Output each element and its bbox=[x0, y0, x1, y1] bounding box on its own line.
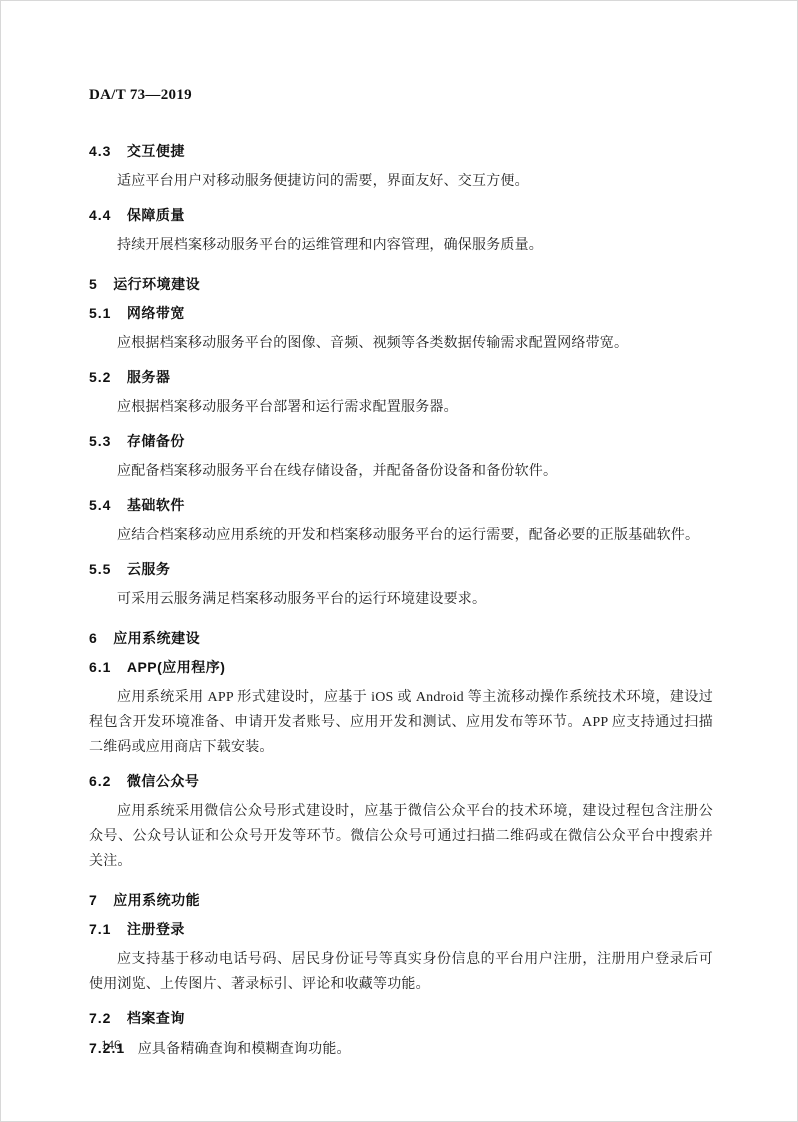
section-heading: 6.2微信公众号 bbox=[89, 773, 713, 789]
paragraph: 应支持基于移动电话号码、居民身份证号等真实身份信息的平台用户注册，注册用户登录后… bbox=[89, 947, 713, 997]
doc-header: DA/T 73—2019 bbox=[89, 87, 797, 103]
section-heading: 5.3存储备份 bbox=[89, 433, 713, 449]
section-title: 应用系统功能 bbox=[113, 892, 200, 908]
section-heading: 7.2档案查询 bbox=[89, 1010, 713, 1026]
section-title: 基础软件 bbox=[127, 497, 185, 513]
section-heading: 5.4基础软件 bbox=[89, 497, 713, 513]
paragraph: 应用系统采用 APP 形式建设时，应基于 iOS 或 Android 等主流移动… bbox=[89, 685, 713, 760]
document-content: 4.3交互便捷适应平台用户对移动服务便捷访问的需要，界面友好、交互方便。4.4保… bbox=[89, 143, 713, 1062]
paragraph: 可采用云服务满足档案移动服务平台的运行环境建设要求。 bbox=[89, 587, 713, 612]
section-number: 5.2 bbox=[89, 369, 111, 385]
section-heading: 5.1网络带宽 bbox=[89, 305, 713, 321]
section-number: 5.3 bbox=[89, 433, 111, 449]
section-title: 交互便捷 bbox=[127, 143, 185, 159]
section-title: 云服务 bbox=[127, 561, 171, 577]
section-heading: 4.3交互便捷 bbox=[89, 143, 713, 159]
section-heading: 5.2服务器 bbox=[89, 369, 713, 385]
section-title: 网络带宽 bbox=[127, 305, 185, 321]
clause-text: 应具备精确查询和模糊查询功能。 bbox=[138, 1042, 351, 1057]
section-number: 7.1 bbox=[89, 921, 111, 937]
section-number: 5.5 bbox=[89, 561, 111, 577]
section-number: 4.4 bbox=[89, 207, 111, 223]
section-heading: 6应用系统建设 bbox=[89, 630, 713, 646]
section-title: 保障质量 bbox=[127, 207, 185, 223]
paragraph: 应用系统采用微信公众号形式建设时，应基于微信公众平台的技术环境，建设过程包含注册… bbox=[89, 799, 713, 874]
section-number: 4.3 bbox=[89, 143, 111, 159]
section-heading: 7.1注册登录 bbox=[89, 921, 713, 937]
section-heading: 6.1APP(应用程序) bbox=[89, 659, 713, 675]
paragraph: 应配备档案移动服务平台在线存储设备，并配备备份设备和备份软件。 bbox=[89, 459, 713, 484]
section-title: 应用系统建设 bbox=[113, 630, 200, 646]
section-number: 5 bbox=[89, 276, 98, 292]
document-page: DA/T 73—2019 4.3交互便捷适应平台用户对移动服务便捷访问的需要，界… bbox=[0, 0, 798, 1122]
section-title: 注册登录 bbox=[127, 921, 185, 937]
section-heading: 5运行环境建设 bbox=[89, 276, 713, 292]
paragraph: 应根据档案移动服务平台部署和运行需求配置服务器。 bbox=[89, 395, 713, 420]
paragraph: 应根据档案移动服务平台的图像、音频、视频等各类数据传输需求配置网络带宽。 bbox=[89, 331, 713, 356]
section-heading: 5.5云服务 bbox=[89, 561, 713, 577]
paragraph: 适应平台用户对移动服务便捷访问的需要，界面友好、交互方便。 bbox=[89, 169, 713, 194]
page-number: 146 bbox=[101, 1037, 121, 1052]
section-title: 存储备份 bbox=[127, 433, 185, 449]
section-number: 6.1 bbox=[89, 659, 111, 675]
clause-item: 7.2.1应具备精确查询和模糊查询功能。 bbox=[89, 1036, 713, 1062]
section-number: 6.2 bbox=[89, 773, 111, 789]
paragraph: 持续开展档案移动服务平台的运维管理和内容管理，确保服务质量。 bbox=[89, 233, 713, 258]
section-heading: 7应用系统功能 bbox=[89, 892, 713, 908]
section-title: 服务器 bbox=[127, 369, 171, 385]
section-number: 5.1 bbox=[89, 305, 111, 321]
section-number: 6 bbox=[89, 630, 98, 646]
section-title: 档案查询 bbox=[127, 1010, 185, 1026]
section-title: APP(应用程序) bbox=[127, 659, 226, 675]
section-heading: 4.4保障质量 bbox=[89, 207, 713, 223]
section-title: 微信公众号 bbox=[127, 773, 200, 789]
section-number: 7 bbox=[89, 892, 98, 908]
section-number: 5.4 bbox=[89, 497, 111, 513]
section-number: 7.2 bbox=[89, 1010, 111, 1026]
section-title: 运行环境建设 bbox=[113, 276, 200, 292]
paragraph: 应结合档案移动应用系统的开发和档案移动服务平台的运行需要，配备必要的正版基础软件… bbox=[89, 523, 713, 548]
